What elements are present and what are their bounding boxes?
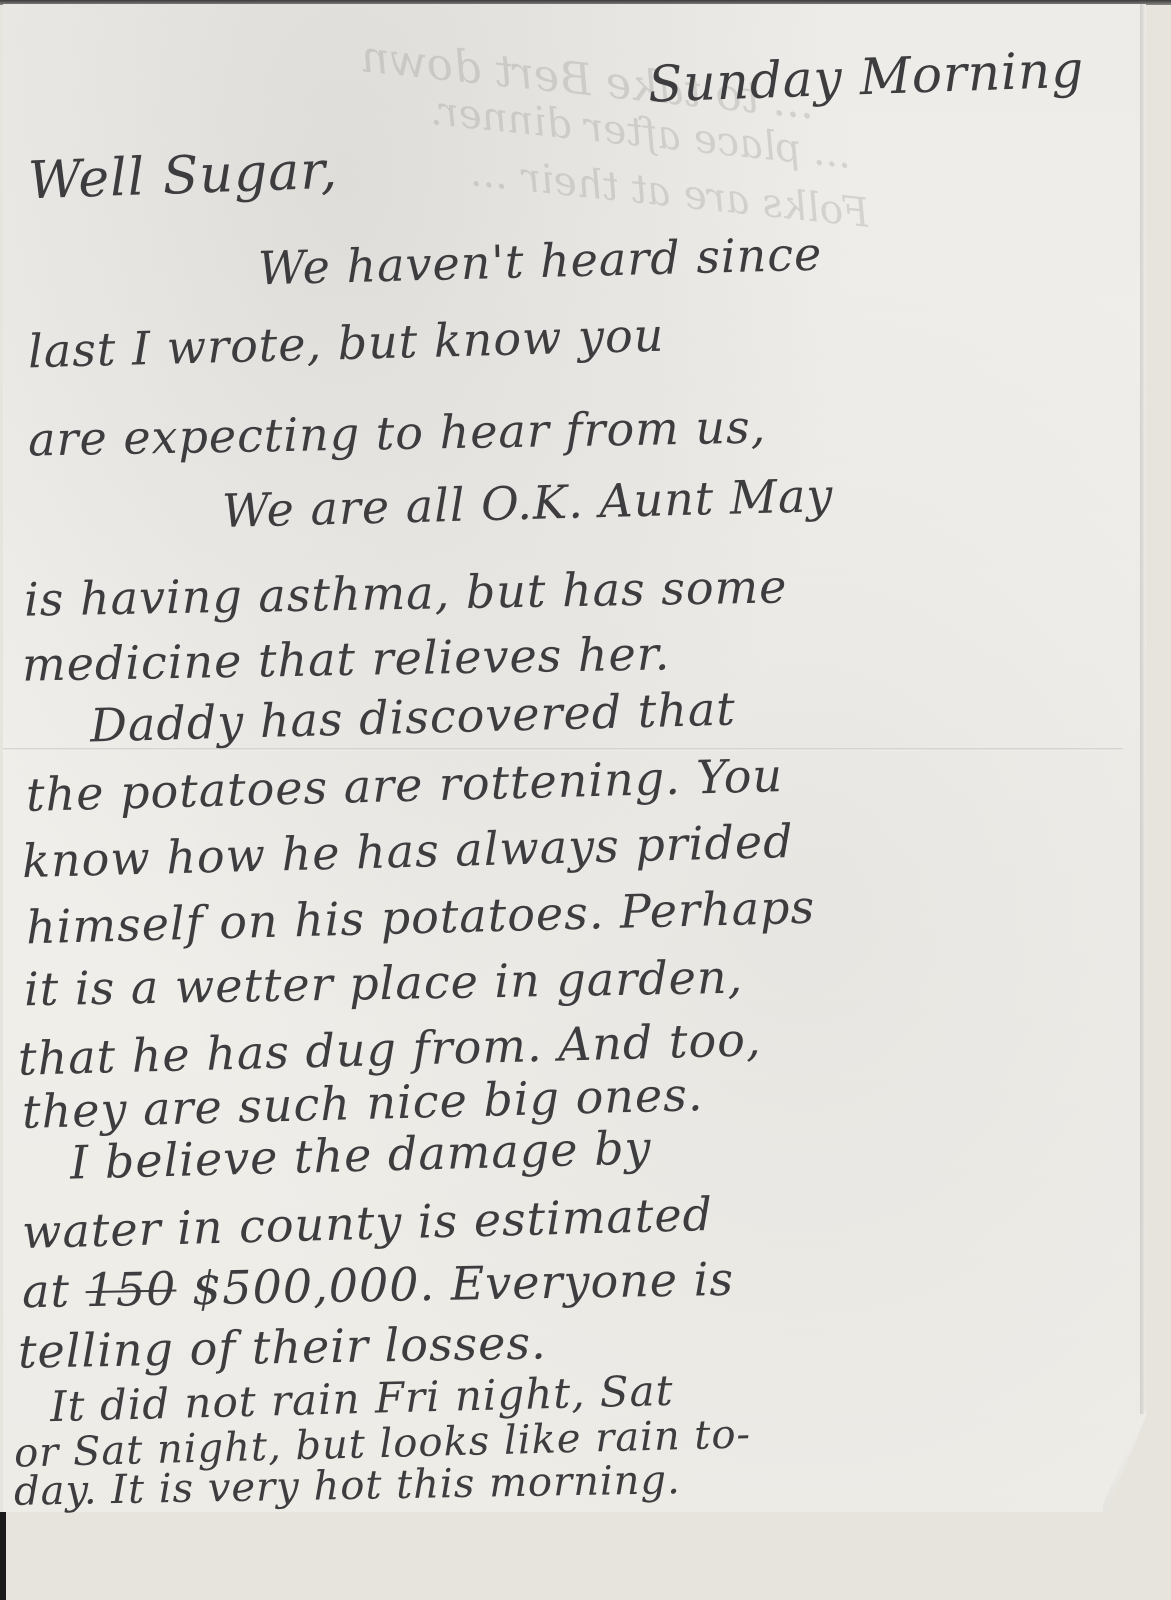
letter-line: telling of their losses.: [18, 1319, 547, 1374]
line-text: $500,000. Everyone is: [176, 1252, 734, 1316]
letter-line: is having asthma, but has some: [24, 563, 788, 622]
letter-line: are expecting to hear from us,: [28, 404, 767, 463]
page-edge-shadow: [1140, 4, 1146, 1414]
letter-salutation: Well Sugar,: [27, 145, 338, 208]
struck-out-amount: 150: [85, 1262, 177, 1318]
scan-left-edge: [0, 1512, 6, 1600]
letter-line: medicine that relieves her.: [22, 630, 671, 687]
letter-line: it is a wetter place in garden,: [24, 954, 744, 1013]
letter-line: day. It is very hot this morning.: [14, 1460, 681, 1512]
letter-line: I believe the damage by: [69, 1124, 652, 1185]
letter-line-with-correction: at 150 $500,000. Everyone is: [22, 1256, 735, 1314]
line-text: at: [22, 1263, 86, 1318]
letter-line: We haven't heard since: [257, 231, 822, 292]
letter-date: Sunday Morning: [647, 44, 1085, 109]
